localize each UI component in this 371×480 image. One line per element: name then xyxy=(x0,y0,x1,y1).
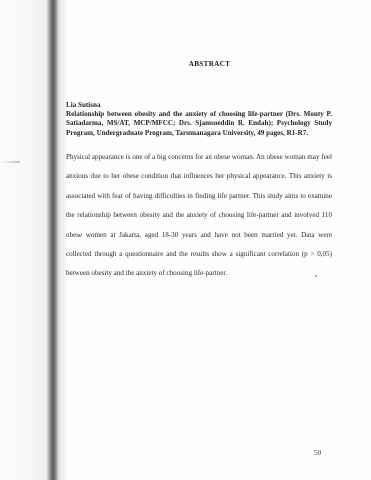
author-name: Lia Sutisna xyxy=(66,101,332,110)
scanned-page: ABSTRACT Lia Sutisna Relationship betwee… xyxy=(0,0,371,480)
thesis-citation: Relationship between obesity and the anx… xyxy=(66,110,332,138)
page-number: 50 xyxy=(314,449,321,457)
abstract-header: Lia Sutisna Relationship between obesity… xyxy=(66,101,332,138)
left-page-margin xyxy=(0,0,48,480)
abstract-body: Physical appearance is one of a big conc… xyxy=(66,148,332,284)
paper-crease xyxy=(0,161,20,163)
abstract-title: ABSTRACT xyxy=(0,60,371,68)
scan-speck xyxy=(315,275,317,277)
